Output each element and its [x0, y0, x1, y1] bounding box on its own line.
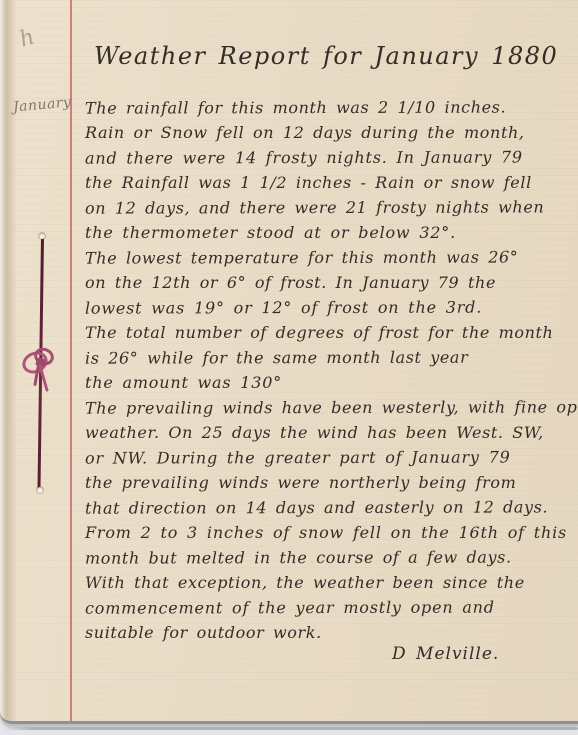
manuscript-line: the Rainfall was 1 1/2 inches - Rain or …: [85, 170, 578, 195]
manuscript-line: is 26° while for the same month last yea…: [85, 344, 578, 370]
margin-note-month: January: [12, 94, 72, 115]
signature: D Melville.: [392, 644, 499, 664]
manuscript-line: The total number of degrees of frost for…: [85, 320, 578, 345]
paper-crease: [0, 675, 578, 677]
manuscript-line: suitable for outdoor work.: [85, 620, 578, 645]
manuscript-line: commencement of the year mostly open and: [85, 594, 578, 620]
manuscript-line: With that exception, the weather been si…: [85, 570, 578, 595]
manuscript-line: on 12 days, and there were 21 frosty nig…: [85, 194, 578, 220]
scanned-ledger-photo: h January Weather Report for January 188…: [0, 0, 578, 735]
stitch-hole-top: [39, 233, 45, 239]
manuscript-line: and there were 14 frosty nights. In Janu…: [85, 144, 578, 170]
manuscript-line: month but melted in the course of a few …: [85, 544, 578, 570]
manuscript-line: on the 12th or 6° of frost. In January 7…: [85, 270, 578, 295]
page-title: Weather Report for January 1880: [94, 42, 558, 70]
manuscript-line: the prevailing winds were northerly bein…: [85, 470, 578, 495]
manuscript-line: The prevailing winds have been westerly,…: [85, 394, 578, 420]
manuscript-body: The rainfall for this month was 2 1/10 i…: [85, 95, 578, 645]
manuscript-line: the thermometer stood at or below 32°.: [85, 220, 578, 245]
manuscript-line: From 2 to 3 inches of snow fell on the 1…: [85, 520, 578, 545]
manuscript-line: weather. On 25 days the wind has been We…: [85, 420, 578, 445]
manuscript-line: the amount was 130°: [85, 370, 578, 395]
manuscript-line: lowest was 19° or 12° of frost on the 3r…: [85, 294, 578, 320]
manuscript-line: The rainfall for this month was 2 1/10 i…: [85, 94, 578, 120]
stitch-hole-bottom: [37, 487, 43, 493]
ledger-page: h January Weather Report for January 188…: [0, 0, 578, 724]
manuscript-line: or NW. During the greater part of Januar…: [85, 444, 578, 470]
stacked-page-edges: [4, 727, 578, 730]
pencil-mark: h: [16, 24, 38, 52]
manuscript-line: Rain or Snow fell on 12 days during the …: [85, 120, 578, 145]
manuscript-line: The lowest temperature for this month wa…: [85, 244, 578, 270]
manuscript-line: that direction on 14 days and easterly o…: [85, 494, 578, 520]
